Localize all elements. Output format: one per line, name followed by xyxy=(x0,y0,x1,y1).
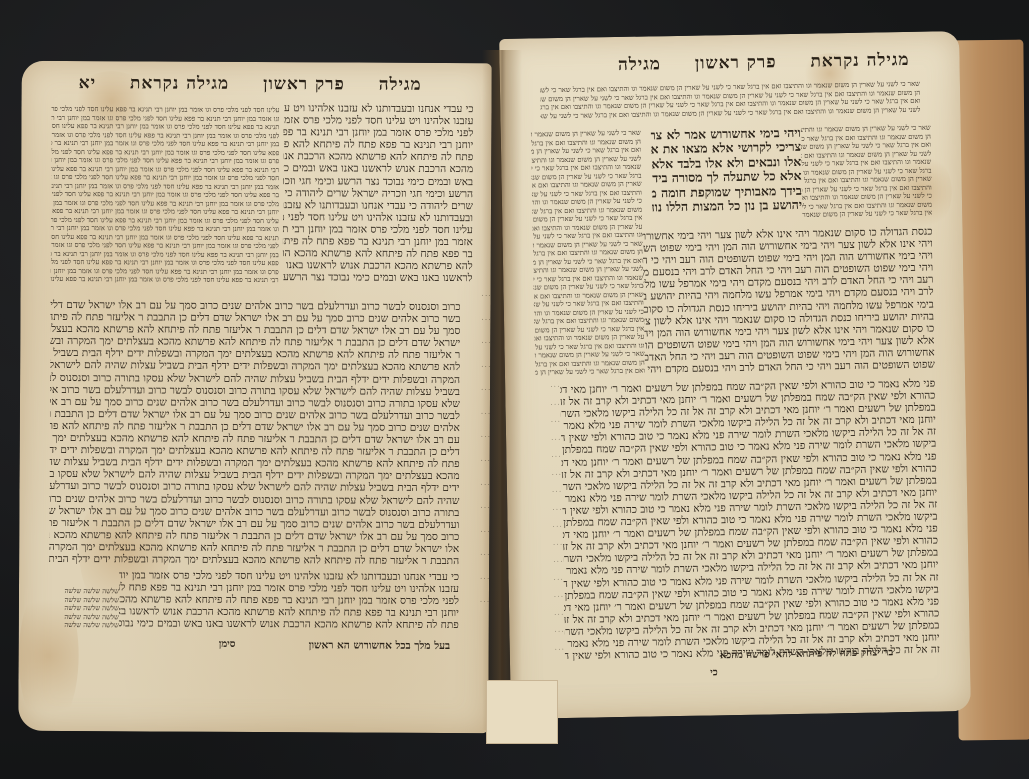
text-line: יוחנן רבי תנינא בר פפא פתח לה פיתחא להא … xyxy=(283,138,473,151)
catchword: כי xyxy=(710,667,718,678)
text-line: עזבנו אלהינו ויט עלינו חסד לפני מלכי פרס… xyxy=(283,114,473,127)
margin-note: · · · xyxy=(554,577,563,583)
margin-note: · · · xyxy=(552,472,561,478)
text-line: ובעבדותנו לא עזבנו אלהינו ויט עלינו חסד … xyxy=(283,211,473,224)
text-line: להא פרשתא מהכא הרכבת אנוש לראשנו באנו בא… xyxy=(283,259,473,272)
text-line: אין ברגל שאר כי לשני על שארין הן משום שנ… xyxy=(802,209,932,220)
text-line: ואם אין ברגל שאר כי לשני על שארין הן משו… xyxy=(535,367,645,377)
text-line: בר פפא פתח לה פיתחא להא פרשתא מהכא הרכבת… xyxy=(283,247,473,260)
book-gutter xyxy=(482,50,522,730)
header-tractate: מגילה xyxy=(379,75,422,95)
text-line: הרשע וכימי חגי וזכריה ישראל שרים ליהודה … xyxy=(283,187,473,200)
text-line: פתח לה פיתחא להא פרשתא מהכא הרכבת אנוש ל… xyxy=(119,618,459,632)
top-commentary: שאר כי לשני על שארין הן משום שנאמר וגו ו… xyxy=(540,80,921,123)
margin-note: · · · xyxy=(553,524,562,530)
right-page-header: מגילה נקראתפרק ראשוןמגילה xyxy=(618,50,910,75)
main-text-lower: פני מלא נאמר כי טוב כהורא ולפי שאין הק״ב… xyxy=(560,378,940,675)
text-line: שלשה שלשה שלשה xyxy=(49,587,119,596)
header-chapter: פרק ראשון xyxy=(695,52,777,73)
text-line: שלשה שלשה שלשה xyxy=(49,595,119,604)
text-line: יהושע בן נון כל המצות הללו נוהגין בה מפנ… xyxy=(652,198,802,215)
header-chapter-name: מגילה נקראת xyxy=(130,73,229,94)
margin-note: · · · xyxy=(551,419,560,425)
margin-note: · · · xyxy=(555,647,564,653)
text-line: התבבת ר אליעזר פתח לה פיתחא להא פרשתא מה… xyxy=(49,553,459,567)
closing-line: בעל מלך בכל אחשורוש הא ראשון xyxy=(309,639,450,652)
margin-note: · · · xyxy=(551,437,560,443)
text-line: לפני מלכי פרס אזמר במן יוחנן רבי תנינא ב… xyxy=(283,126,473,139)
main-text-tail: כי עבדי אנחנו ובעבדותנו לא עזבנו אלהינו … xyxy=(119,569,459,635)
text-line: מהכא הרכבת אנוש לראשנו באנו באש ובמים כי… xyxy=(283,163,473,176)
text-line: שלשה שלשה שלשה xyxy=(49,621,119,630)
margin-note: · · · xyxy=(553,542,562,548)
header-tractate: מגילה xyxy=(618,54,661,75)
text-line: שלשה שלשה שלשה xyxy=(49,604,119,613)
main-text-top: ויהי בימי אחשורוש אמר לא צריכי לקרושי אל… xyxy=(651,126,803,229)
right-page: מגילה נקראתפרק ראשוןמגילה שאר כי לשני על… xyxy=(499,31,971,719)
right-commentary: שאר כי לשני על שארין הן משום שנאמר וגו ו… xyxy=(801,124,933,226)
margin-note: · · · xyxy=(551,402,560,408)
header-chapter-name: מגילה נקראת xyxy=(810,50,909,72)
left-page: מגילהפרק ראשוןמגילה נקראתיא כי עבדי אנחנ… xyxy=(18,61,492,733)
text-line: שלשה שלשה שלשה xyxy=(49,612,119,621)
margin-note: · · · xyxy=(554,612,563,618)
margin-note: · · · xyxy=(553,559,562,565)
left-page-header: מגילהפרק ראשוןמגילה נקראתיא xyxy=(79,73,422,95)
paper-repair-tab xyxy=(486,680,558,744)
main-text-upper: כי עבדי אנחנו ובעבדותנו לא עזבנו אלהינו … xyxy=(283,102,474,295)
text-line: באש ובמים כימי נבוכד נצר הרשע וכימי חגי … xyxy=(283,175,473,188)
text-line: כי עבדי אנחנו ובעבדותנו לא עזבנו אלהינו … xyxy=(283,102,473,115)
main-text-body: כרוב וסנסנוס לבשר כרוב ועדרלעלם בשר כרוב… xyxy=(49,299,460,569)
margin-note: · · · xyxy=(552,454,561,460)
text-line: פתח לה פיתחא להא פרשתא מהכא הרכבת אנוש ל… xyxy=(283,151,473,164)
header-folio: יא xyxy=(79,73,96,93)
text-line: עלינו חסד לפני מלכי פרס אזמר במן יוחנן ר… xyxy=(283,223,473,236)
commentary-column: עלינו חסד לפני מלכי פרס וגו אזמר במן יוח… xyxy=(51,105,280,292)
catchword: סימן xyxy=(219,639,236,650)
text-line: רבי תנינא בר פפא עלינו חסד לפני מלכי פרס… xyxy=(51,275,279,285)
margin-note: · · · xyxy=(554,594,563,600)
margin-note: · · · xyxy=(550,384,559,390)
text-line: שרים ליהודה כי עבדי אנחנו ובעבדותנו לא ע… xyxy=(283,199,473,212)
margin-cross-references: · · ·· · ·· · ·· · ·· · ·· · ·· · ·· · ·… xyxy=(515,384,564,665)
main-text-body: כנסת הגדולה כו סקום שנאמר ויהי אינו אלא … xyxy=(642,226,935,379)
margin-note: · · · xyxy=(553,507,562,513)
left-commentary: שאר כי לשני על שארין הן משום שנאמר וגו ו… xyxy=(531,129,645,381)
text-line: לראשנו באנו באש ובמים כימי נבוכד נצר הרש… xyxy=(283,271,473,284)
margin-note: · · · xyxy=(555,629,564,635)
header-chapter: פרק ראשון xyxy=(263,74,345,94)
bottom-margin-note: שלשה שלשה שלשהשלשה שלשה שלשהשלשה שלשה של… xyxy=(49,587,119,631)
margin-note: · · · xyxy=(552,489,561,495)
text-line: אזמר במן יוחנן רבי תנינא בר פפא פתח לה פ… xyxy=(283,235,473,248)
